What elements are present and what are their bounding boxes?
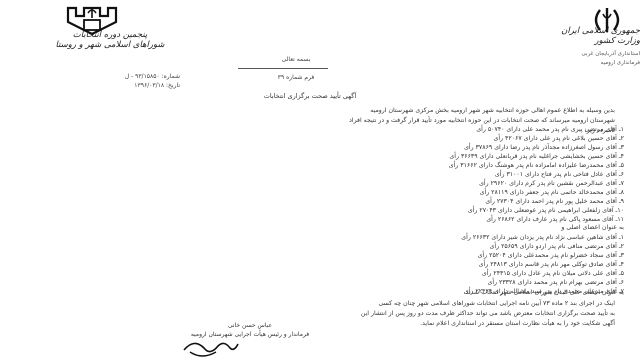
- document-title: آگهی تأیید صحت برگزاری انتخابات: [160, 92, 460, 100]
- principal-members-list: ۱ـ آقای مرتضی پیری نام پدر محمد علی دارا…: [224, 125, 624, 224]
- form-number: فرم شماره ۳۹: [236, 74, 356, 81]
- alternate-members-list: ۱ـ آقای شاهین عباسی نژاد نام پدر یزدان ش…: [224, 233, 624, 296]
- list-item: ۵ـ آقای محمدرضا علیزاده امامزاده نام پدر…: [224, 161, 624, 170]
- reference-block: شماره: ۹۳/۱۵۸۵۰ - ل تاریخ: ۱۳۹۶/۰۳/۱۸: [60, 72, 180, 90]
- list-item: ۶ـ آقای عادل فتاحی نام پدر فتاح دارای ۳۱…: [224, 170, 624, 179]
- closing-paragraph: اینک در اجرای بند ۲ ماده ۷۳ آیین نامه اج…: [60, 299, 615, 329]
- left-org-line-2: شوراهای اسلامی شهر و روستا: [40, 40, 180, 50]
- list-item: ۷ـ آقای عبدالرحمن نقشین نام پدر کرم دارا…: [224, 179, 624, 188]
- list-item: ۳ـ آقای سجاد خضرلو نام پدر محمدعلی دارای…: [224, 251, 624, 260]
- reference-number: شماره: ۹۳/۱۵۸۵۰ - ل: [60, 72, 180, 81]
- list-item: ۱۰ـ آقای زلفعلی ابراهیمی نام پدر عوضعلی …: [224, 206, 624, 215]
- signatory-title: فرماندار و رئیس هیأت اجرایی شهرستان اروم…: [140, 331, 360, 338]
- right-sub-organization: استانداری آذربایجان غربی فرمانداری ارومی…: [520, 50, 640, 68]
- closing-line: به تأیید صحت برگزاری انتخابات معترض باشد…: [60, 309, 615, 319]
- header-divider: [238, 68, 328, 69]
- list-item: ۸ـ آقای محمدخالد حاتمی نام پدر جعفر دارا…: [224, 188, 624, 197]
- list-item: ۱ـ آقای شاهین عباسی نژاد نام پدر یزدان ش…: [224, 233, 624, 242]
- list-item: ۶ـ آقای مرتضی بهرام نام پدر محمد دارای ۲…: [224, 278, 624, 287]
- list-item: ۱۱ـ آقای مسعود پاکی نام پدر عارف دارای ۲…: [224, 215, 624, 224]
- list-item: ۴ـ آقای حسین بخشایشی جراغلیه نام پدر قرب…: [224, 152, 624, 161]
- closing-line: اینک در اجرای بند ۲ ماده ۷۳ آیین نامه اج…: [60, 299, 615, 309]
- intro-line: بدین وسیله به اطلاع عموم اهالی حوزه انتخ…: [60, 106, 615, 116]
- principal-heading: به عنوان اعضای اصلی و: [561, 224, 624, 231]
- list-item: ۹ـ آقای محمد خلیل پور نام پدر احمد دارای…: [224, 197, 624, 206]
- list-item: ۱ـ آقای مرتضی پیری نام پدر محمد علی دارا…: [224, 125, 624, 134]
- right-organization-name: جمهوری اسلامی ایران وزارت کشور: [540, 26, 640, 46]
- alternate-heading: به عنوان اعضای علی البدل شورای اسلامی شه…: [464, 289, 624, 296]
- bismillah: بسمه تعالی: [236, 56, 356, 63]
- county-office: فرمانداری ارومیه: [520, 59, 640, 68]
- right-org-line-1: جمهوری اسلامی ایران: [540, 26, 640, 36]
- list-item: ۵ـ آقای علی دلاتی میلان نام پدر عادل دار…: [224, 269, 624, 278]
- right-org-line-2: وزارت کشور: [540, 36, 640, 46]
- list-item: ۲ـ آقای مرتضی منافی نام پدر اردو دارای ۲…: [224, 242, 624, 251]
- left-organization-name: پنجمین دوره انتخابات شوراهای اسلامی شهر …: [40, 30, 180, 50]
- list-item: ۴ـ آقای صادق توکلی مهر نام پدر قاسم دارا…: [224, 260, 624, 269]
- list-item: ۲ـ آقای حسین بلاغی نام پدر علی دارای ۴۲۰…: [224, 134, 624, 143]
- province-office: استانداری آذربایجان غربی: [520, 50, 640, 59]
- left-org-line-1: پنجمین دوره انتخابات: [40, 30, 180, 40]
- signature-icon: [180, 336, 240, 358]
- list-item: ۳ـ آقای رسول اصغرزاده مجدآذر نام پدر رضا…: [224, 143, 624, 152]
- signatory-name: عباس حسن خانی: [190, 322, 310, 329]
- closing-line: آگهی شکایت خود را به هیأت نظارت استان مس…: [60, 319, 615, 329]
- document-date: تاریخ: ۱۳۹۶/۰۳/۱۸: [60, 81, 180, 90]
